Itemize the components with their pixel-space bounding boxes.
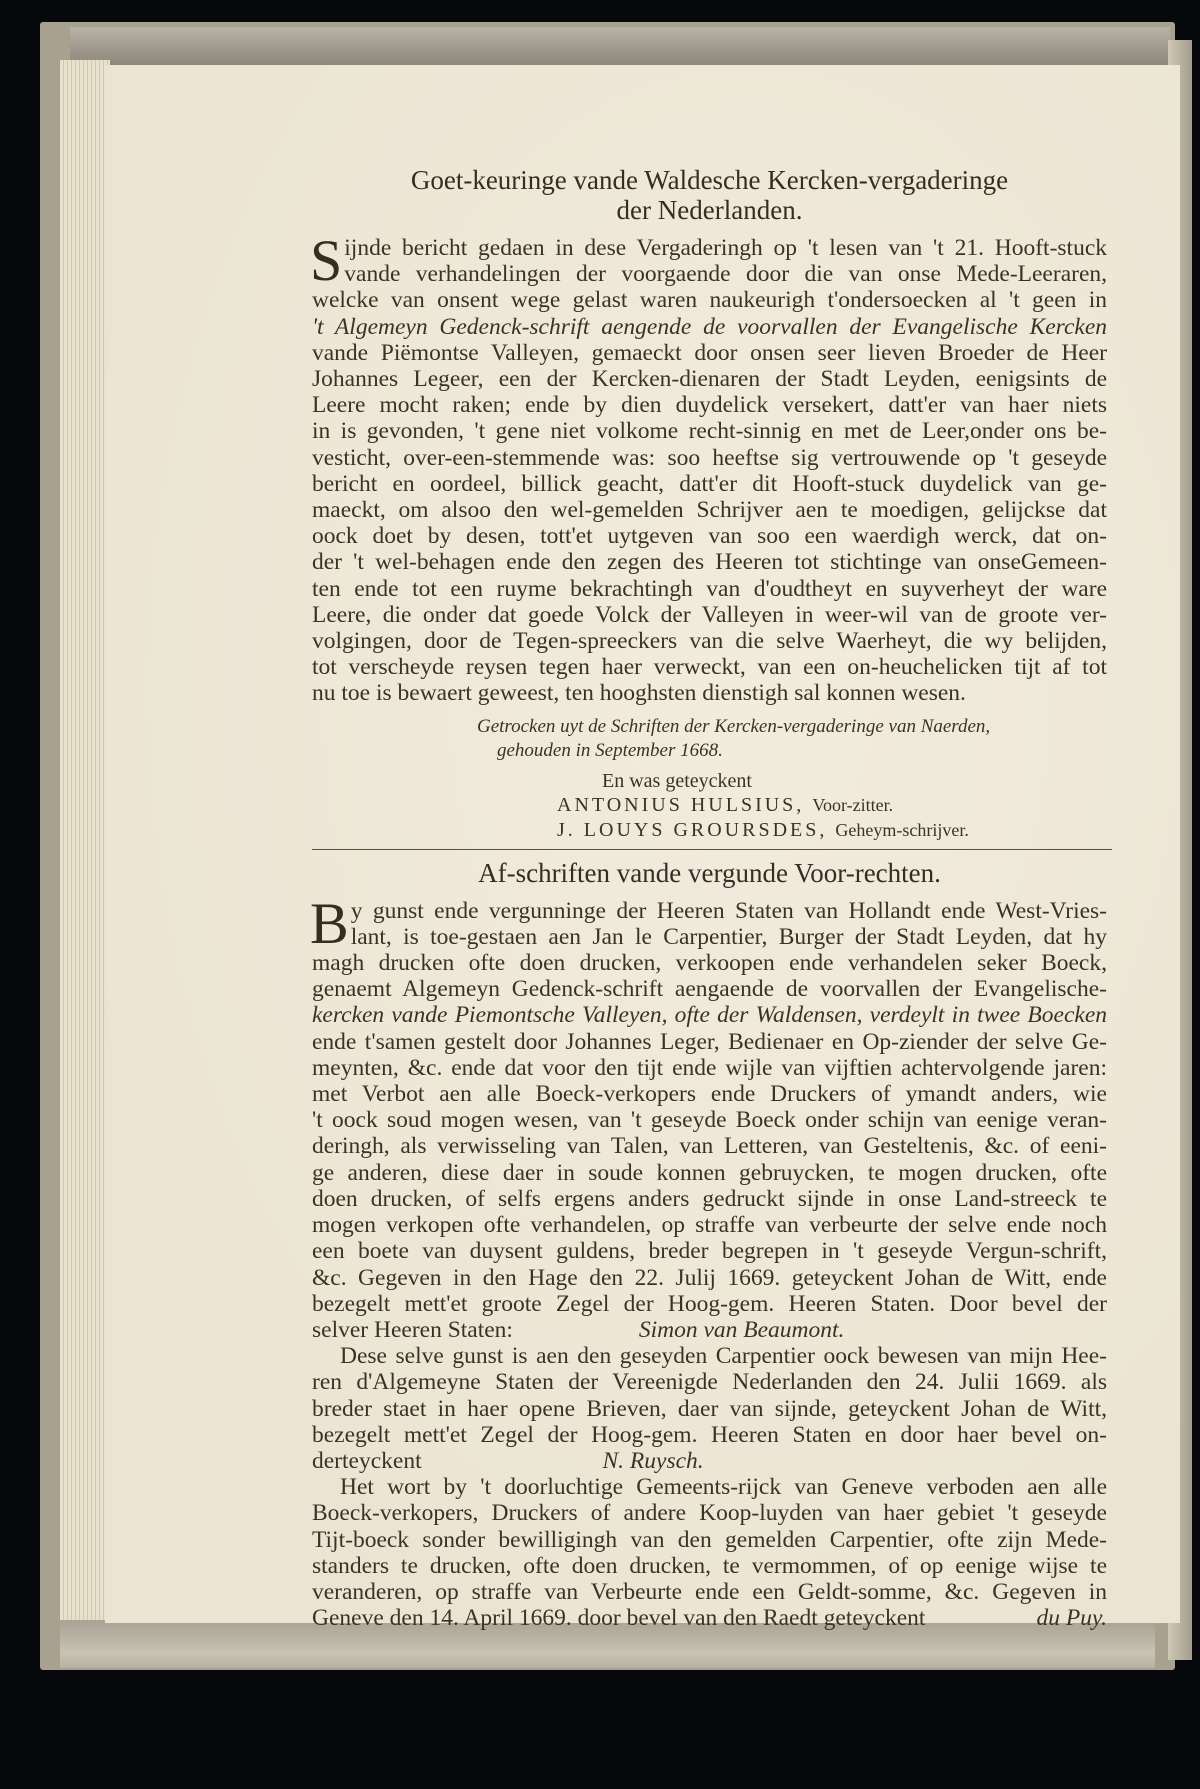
text-line: bezegelt mett'et Zegel der Hoog-gem. Hee…: [312, 1422, 1107, 1448]
text-line: volgingen, door de Tegen-spreeckers van …: [312, 628, 1107, 654]
privilege-paragraph-holland: B y gunst ende vergunninge der Heeren St…: [312, 898, 1107, 1343]
drop-cap: S: [310, 237, 342, 285]
text-line: Geneve den 14. April 1669. door bevel va…: [312, 1605, 1107, 1631]
text-line: bericht en oordeel, billick geacht, datt…: [312, 471, 1107, 497]
section-title: Af-schriften vande vergunde Voor-rechten…: [312, 858, 1107, 888]
text-line: met Verbot aen alle Boeck-verkopers ende…: [312, 1081, 1107, 1107]
signatory-name: ANTONIUS HULSIUS,: [557, 794, 804, 816]
text-line: standers te drucken, ofte doen drucken, …: [312, 1553, 1107, 1579]
approval-paragraph: S ijnde bericht gedaen in dese Vergaderi…: [312, 235, 1107, 707]
page-content: Goet-keuringe vande Waldesche Kercken-ve…: [312, 165, 1107, 1631]
text-line: Boeck-verkopers, Druckers of andere Koop…: [312, 1500, 1107, 1526]
text-line: Johannes Legeer, een der Kercken-dienare…: [312, 366, 1107, 392]
text-line: der 't wel-behagen ende den zegen des He…: [312, 549, 1107, 575]
title-line: der Nederlanden.: [312, 195, 1107, 225]
text-line: lant, is toe-gestaen aen Jan le Carpenti…: [312, 924, 1107, 950]
text-line: Leere, die onder dat goede Volck der Val…: [312, 602, 1107, 628]
text-line: doen drucken, of selfs ergens anders ged…: [312, 1186, 1107, 1212]
signatory-role: Geheym-schrijver.: [835, 820, 968, 840]
text-line: selver Heeren Staten: Simon van Beaumont…: [312, 1317, 1107, 1343]
text-line: nu toe is bewaert geweest, ten hooghsten…: [312, 680, 1107, 706]
cover-top-edge: [70, 27, 1170, 67]
text-line: magh drucken ofte doen drucken, verkoope…: [312, 950, 1107, 976]
text-line: breder staet in haer opene Brieven, daer…: [312, 1396, 1107, 1422]
text-line: kercken vande Piemontsche Valleyen, ofte…: [312, 1002, 1107, 1028]
privilege-paragraph-geneva: Het wort by 't doorluchtige Gemeents-rij…: [312, 1474, 1107, 1631]
text-line: ijnde bericht gedaen in dese Vergadering…: [312, 235, 1107, 261]
section-privileges: Af-schriften vande vergunde Voor-rechten…: [312, 858, 1107, 1632]
text-line: vesticht, over-een-stemmende was: soo he…: [312, 445, 1107, 471]
text-line: in is gevonden, 't gene niet volkome rec…: [312, 418, 1107, 444]
text-line: maeckt, om alsoo den wel-gemelden Schrij…: [312, 497, 1107, 523]
text-line: 't Algemeyn Gedenck-schrift aengende de …: [312, 314, 1107, 340]
text-line: tot verscheyde reysen tegen haer verweck…: [312, 654, 1107, 680]
page-edges: [60, 60, 110, 1620]
text-fragment: derteyckent: [312, 1448, 422, 1474]
text-line: y gunst ende vergunninge der Heeren Stat…: [312, 898, 1107, 924]
signatory: J. LOUYS GROURSDES, Geheym-schrijver.: [557, 818, 1107, 843]
section-divider: [312, 849, 1112, 850]
text-line: ge anderen, diese daer in soude konnen g…: [312, 1160, 1107, 1186]
text-line: Leere mocht raken; ende by dien duydelic…: [312, 392, 1107, 418]
section-approval: Goet-keuringe vande Waldesche Kercken-ve…: [312, 165, 1107, 843]
signatory: ANTONIUS HULSIUS, Voor-zitter.: [557, 793, 1107, 818]
text-line: ren d'Algemeyne Staten der Vereenigde Ne…: [312, 1369, 1107, 1395]
text-line: veranderen, op straffe van Verbeurte end…: [312, 1579, 1107, 1605]
text-line: &c. Gegeven in den Hage den 22. Julij 16…: [312, 1265, 1107, 1291]
text-line: deringh, als verwisseling van Talen, van…: [312, 1133, 1107, 1159]
text-line: Dese selve gunst is aen den geseyden Car…: [312, 1343, 1107, 1369]
text-line: ende t'samen gestelt door Johannes Leger…: [312, 1029, 1107, 1055]
signatory-name: J. LOUYS GROURSDES,: [557, 819, 827, 841]
text-line: Het wort by 't doorluchtige Gemeents-rij…: [312, 1474, 1107, 1500]
signatory-role: Voor-zitter.: [812, 795, 893, 815]
text-line: oock doet by desen, tott'et uytgeven van…: [312, 523, 1107, 549]
source-citation: Getrocken uyt de Schriften der Kercken-v…: [477, 715, 1107, 739]
signed-label: En was geteyckent: [602, 769, 1107, 793]
text-line: welcke van onsent wege gelast waren nauk…: [312, 287, 1107, 313]
text-line: mogen verkopen ofte verhandelen, op stra…: [312, 1212, 1107, 1238]
drop-cap: B: [310, 900, 349, 948]
text-line: vande Piëmontse Valleyen, gemaeckt door …: [312, 340, 1107, 366]
text-fragment: selver Heeren Staten:: [312, 1317, 513, 1343]
text-fragment: Geneve den 14. April 1669. door bevel va…: [312, 1605, 925, 1631]
signature: N. Ruysch.: [602, 1448, 703, 1474]
title-line: Goet-keuringe vande Waldesche Kercken-ve…: [312, 165, 1107, 195]
signature: Simon van Beaumont.: [639, 1317, 845, 1343]
section-title: Goet-keuringe vande Waldesche Kercken-ve…: [312, 165, 1107, 225]
privilege-paragraph-states-general: Dese selve gunst is aen den geseyden Car…: [312, 1343, 1107, 1474]
text-line: 't oock soud mogen wesen, van 't geseyde…: [312, 1107, 1107, 1133]
text-line: genaemt Algemeyn Gedenck-schrift aengaen…: [312, 976, 1107, 1002]
text-line: meynten, &c. ende dat voor den tijt ende…: [312, 1055, 1107, 1081]
text-line: bezegelt mett'et groote Zegel der Hoog-g…: [312, 1291, 1107, 1317]
text-line: ten ende tot een ruyme bekrachtingh van …: [312, 576, 1107, 602]
text-line: vande verhandelingen der voorgaende door…: [312, 261, 1107, 287]
source-citation: gehouden in September 1668.: [497, 739, 1107, 763]
text-line: Tijt-boeck sonder bewilligingh van den g…: [312, 1527, 1107, 1553]
signature: du Puy.: [1037, 1605, 1108, 1631]
text-line: een boete van duysent guldens, breder be…: [312, 1238, 1107, 1264]
text-line: derteyckent N. Ruysch.: [312, 1448, 1107, 1474]
